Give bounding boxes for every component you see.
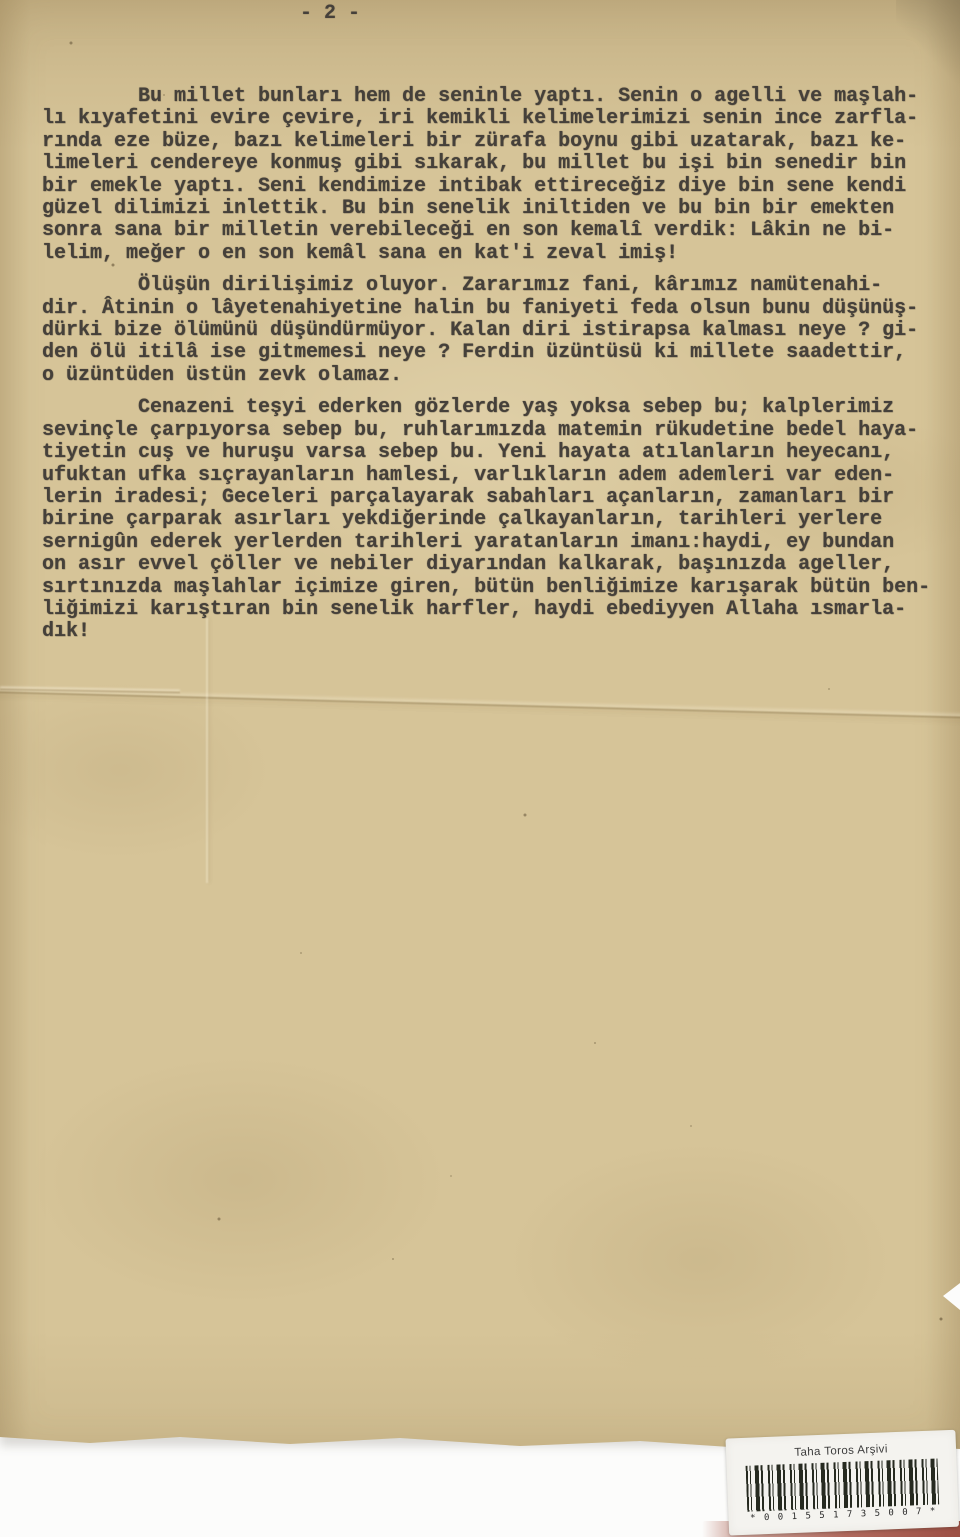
paper-sheet: - 2 - Bu millet bunları hem de seninle y… bbox=[0, 0, 960, 1455]
text-line: sernigûn ederek yerlerden tarihleri yara… bbox=[42, 532, 952, 554]
text-line: ufuktan ufka sıçrayanların hamlesi, varl… bbox=[42, 465, 952, 487]
text-line: dir. Âtinin o lâyetenahiyetine halin bu … bbox=[42, 298, 952, 320]
text-line: bir emekle yaptı. Seni kendimize intibak… bbox=[42, 176, 952, 198]
typewritten-text: Bu millet bunları hem de seninle yaptı. … bbox=[42, 86, 952, 644]
page-number: - 2 - bbox=[300, 2, 360, 25]
text-line: limeleri cendereye konmuş gibi sıkarak, … bbox=[42, 153, 952, 175]
text-line: tiyetin cuş ve huruşu varsa sebep bu. Ye… bbox=[42, 442, 952, 464]
text-line: on asır evvel çöller ve nebiler diyarınd… bbox=[42, 554, 952, 576]
text-line: o üzüntüden üstün zevk olamaz. bbox=[42, 365, 952, 387]
text-line: Bu millet bunları hem de seninle yaptı. … bbox=[42, 86, 952, 108]
text-line: güzel dilimizi inlettik. Bu bin senelik … bbox=[42, 198, 952, 220]
text-line: Ölüşün dirilişimiz oluyor. Zararımız fan… bbox=[42, 275, 952, 297]
top-right-corner-shade bbox=[896, 0, 960, 96]
text-line: lelim, meğer o en son kemâl sana en kat'… bbox=[42, 243, 952, 265]
paper-specks bbox=[0, 0, 2, 2]
text-line: den ölü itilâ ise gitmemesi neye ? Ferdi… bbox=[42, 342, 952, 364]
text-line: Cenazeni teşyi ederken gözlerde yaş yoks… bbox=[42, 397, 952, 419]
text-line: rında eze büze, bazı kelimeleri bir züra… bbox=[42, 131, 952, 153]
text-line: lerin iradesi; Geceleri parçalayarak sab… bbox=[42, 487, 952, 509]
text-line: sırtınızda maşlahlar içimize giren, bütü… bbox=[42, 577, 952, 599]
text-line: dürki bize ölümünü düşündürmüyor. Kalan … bbox=[42, 320, 952, 342]
barcode-icon bbox=[746, 1458, 940, 1511]
text-line: dık! bbox=[42, 621, 952, 643]
vertical-fold-crease bbox=[206, 618, 208, 883]
scanned-document-page: - 2 - Bu millet bunları hem de seninle y… bbox=[0, 0, 960, 1537]
text-line: lı kıyafetini evire çevire, iri kemikli … bbox=[42, 108, 952, 130]
text-line: birine çarparak asırları yekdiğerinde ça… bbox=[42, 509, 952, 531]
text-line: liğimizi karıştıran bin senelik harfler,… bbox=[42, 599, 952, 621]
horizontal-fold-crease bbox=[0, 691, 960, 719]
text-line: sevinçle çarpıyorsa sebep bu, ruhlarımız… bbox=[42, 420, 952, 442]
archive-label: Taha Toros Arşivi * 0 0 1 5 5 1 7 3 5 0 … bbox=[725, 1430, 959, 1536]
text-line: sonra sana bir milletin verebileceği en … bbox=[42, 220, 952, 242]
